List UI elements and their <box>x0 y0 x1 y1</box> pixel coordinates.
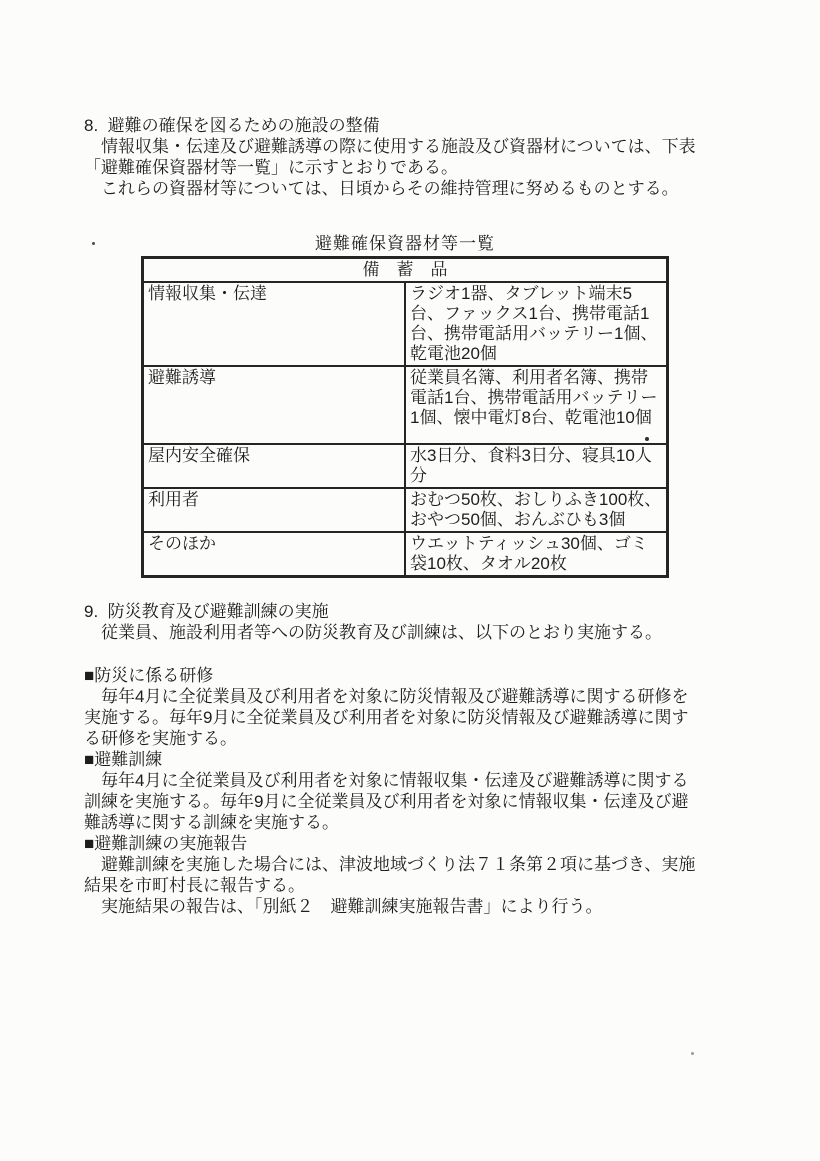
row-items: ラジオ1器、タブレット端末5台、ファックス1台、携帯電話1台、携帯電話用バッテリ… <box>405 282 668 366</box>
row-items: 従業員名簿、利用者名簿、携帯電話1台、携帯電話用バッテリー1個、懐中電灯8台、乾… <box>405 366 668 444</box>
row-category: 情報収集・伝達 <box>143 282 406 366</box>
table-header-row: 備 蓄 品 <box>143 258 668 283</box>
section-9-heading: 9. 防災教育及び避難訓練の実施 <box>84 601 762 622</box>
subsection-paragraph: 毎年4月に全従業員及び利用者を対象に防災情報及び避難誘導に関する研修を 実施する… <box>84 686 762 749</box>
row-category: 屋内安全確保 <box>143 444 406 488</box>
row-category: 避難誘導 <box>143 366 406 444</box>
scan-speck <box>92 242 95 245</box>
table-row-other: そのほか ウエットティッシュ30個、ゴミ袋10枚、タオル20枚 <box>143 532 668 577</box>
subsection-evacuation-drill: ■避難訓練 毎年4月に全従業員及び利用者を対象に情報収集・伝達及び避難誘導に関す… <box>84 749 762 833</box>
subsection-paragraph: 毎年4月に全従業員及び利用者を対象に情報収集・伝達及び避難誘導に関する 訓練を実… <box>84 770 762 833</box>
section-8-paragraph: 情報収集・伝達及び避難誘導の際に使用する施設及び資器材については、下表 「避難確… <box>84 136 762 199</box>
table-row-indoor-safety: 屋内安全確保 水3日分、食料3日分、寝具10人分 <box>143 444 668 488</box>
subsection-heading: ■避難訓練 <box>84 749 762 770</box>
row-items: 水3日分、食料3日分、寝具10人分 <box>405 444 668 488</box>
row-category: そのほか <box>143 532 406 577</box>
section-8-facilities: 8. 避難の確保を図るための施設の整備 情報収集・伝達及び避難誘導の際に使用する… <box>84 115 762 199</box>
table-row-users: 利用者 おむつ50枚、おしりふき100枚、おやつ50個、おんぶひも3個 <box>143 488 668 532</box>
scan-speck <box>691 1052 694 1055</box>
section-9-training: 9. 防災教育及び避難訓練の実施 従業員、施設利用者等への防災教育及び訓練は、以… <box>84 601 762 643</box>
section-9-paragraph: 従業員、施設利用者等への防災教育及び訓練は、以下のとおり実施する。 <box>84 622 762 643</box>
row-items: おむつ50枚、おしりふき100枚、おやつ50個、おんぶひも3個 <box>405 488 668 532</box>
table-row-info-gathering: 情報収集・伝達 ラジオ1器、タブレット端末5台、ファックス1台、携帯電話1台、携… <box>143 282 668 366</box>
subsection-heading: ■避難訓練の実施報告 <box>84 833 762 854</box>
equipment-table: 備 蓄 品 情報収集・伝達 ラジオ1器、タブレット端末5台、ファックス1台、携帯… <box>141 256 669 578</box>
scan-speck <box>645 437 649 441</box>
equipment-table-title: 避難確保資器材等一覧 <box>141 233 669 255</box>
scanned-document-page: 8. 避難の確保を図るための施設の整備 情報収集・伝達及び避難誘導の際に使用する… <box>0 0 820 1161</box>
table-header-stockpile: 備 蓄 品 <box>143 258 668 283</box>
subsection-paragraph: 避難訓練を実施した場合には、津波地域づくり法７１条第２項に基づき、実施 結果を市… <box>84 854 762 917</box>
equipment-table-block: 避難確保資器材等一覧 備 蓄 品 情報収集・伝達 ラジオ1器、タブレット端末5台… <box>141 233 669 578</box>
row-category: 利用者 <box>143 488 406 532</box>
subsection-disaster-training: ■防災に係る研修 毎年4月に全従業員及び利用者を対象に防災情報及び避難誘導に関す… <box>84 665 762 749</box>
table-row-evacuation-guidance: 避難誘導 従業員名簿、利用者名簿、携帯電話1台、携帯電話用バッテリー1個、懐中電… <box>143 366 668 444</box>
row-items: ウエットティッシュ30個、ゴミ袋10枚、タオル20枚 <box>405 532 668 577</box>
subsection-drill-report: ■避難訓練の実施報告 避難訓練を実施した場合には、津波地域づくり法７１条第２項に… <box>84 833 762 917</box>
section-9-subsections: ■防災に係る研修 毎年4月に全従業員及び利用者を対象に防災情報及び避難誘導に関す… <box>84 665 762 917</box>
document-content: 8. 避難の確保を図るための施設の整備 情報収集・伝達及び避難誘導の際に使用する… <box>84 115 762 917</box>
section-8-heading: 8. 避難の確保を図るための施設の整備 <box>84 115 762 136</box>
subsection-heading: ■防災に係る研修 <box>84 665 762 686</box>
